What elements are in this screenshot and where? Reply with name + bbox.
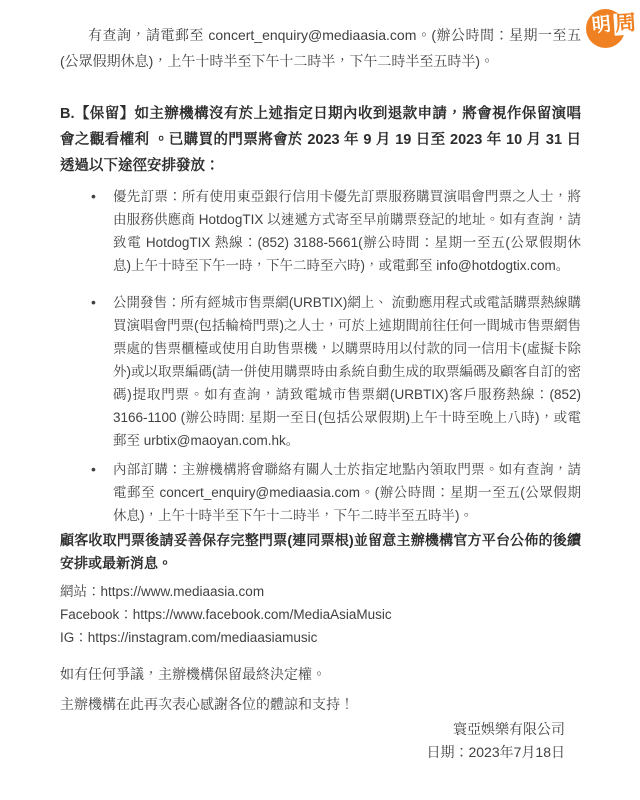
- official-links: 網站：https://www.mediaasia.com Facebook：ht…: [60, 580, 581, 649]
- signature-block: 寰亞娛樂有限公司 日期：2023年7月18日: [60, 718, 581, 764]
- keep-ticket-notice: 顧客收取門票後請妥善保存完整門票(連同票根)並留意主辦機構官方平台公佈的後續安排…: [60, 529, 581, 575]
- website-link-line: 網站：https://www.mediaasia.com: [60, 580, 581, 603]
- dispute-reservation-line: 如有任何爭議，主辦機構保留最終決定權。: [60, 663, 581, 686]
- ticket-distribution-list: 優先訂票：所有使用東亞銀行信用卡優先訂票服務購買演唱會門票之人士，將由服務供應商…: [60, 185, 581, 527]
- bullet-internal-order: 內部訂購：主辦機構將會聯絡有關人士於指定地點內領取門票。如有查詢，請電郵至 co…: [60, 458, 581, 527]
- facebook-link-line: Facebook：https://www.facebook.com/MediaA…: [60, 603, 581, 626]
- mingpao-weekly-logo: 明 周: [584, 5, 638, 53]
- date-line: 日期：2023年7月18日: [60, 741, 565, 764]
- section-b-retention-heading: B.【保留】如主辦機構沒有於上述指定日期內收到退款申請，將會視作保留演唱會之觀看…: [60, 101, 581, 179]
- continued-enquiry-paragraph: 有查詢，請電郵至 concert_enquiry@mediaasia.com。(…: [60, 22, 581, 74]
- bullet-public-sale: 公開發售：所有經城市售票網(URBTIX)網上、 流動應用程式或電話購票熱線購買…: [60, 291, 581, 452]
- instagram-link-line: IG：https://instagram.com/mediaasiamusic: [60, 626, 581, 649]
- logo-ming-character: 明: [591, 15, 612, 36]
- document-page: 明 周 有查詢，請電郵至 concert_enquiry@mediaasia.c…: [0, 0, 640, 800]
- document-content: 有查詢，請電郵至 concert_enquiry@mediaasia.com。(…: [60, 0, 581, 764]
- company-name: 寰亞娛樂有限公司: [60, 718, 565, 741]
- thanks-line: 主辦機構在此再次表心感謝各位的體諒和支持！: [60, 693, 581, 716]
- logo-chou-character: 周: [613, 12, 637, 36]
- bullet-priority-booking: 優先訂票：所有使用東亞銀行信用卡優先訂票服務購買演唱會門票之人士，將由服務供應商…: [60, 185, 581, 277]
